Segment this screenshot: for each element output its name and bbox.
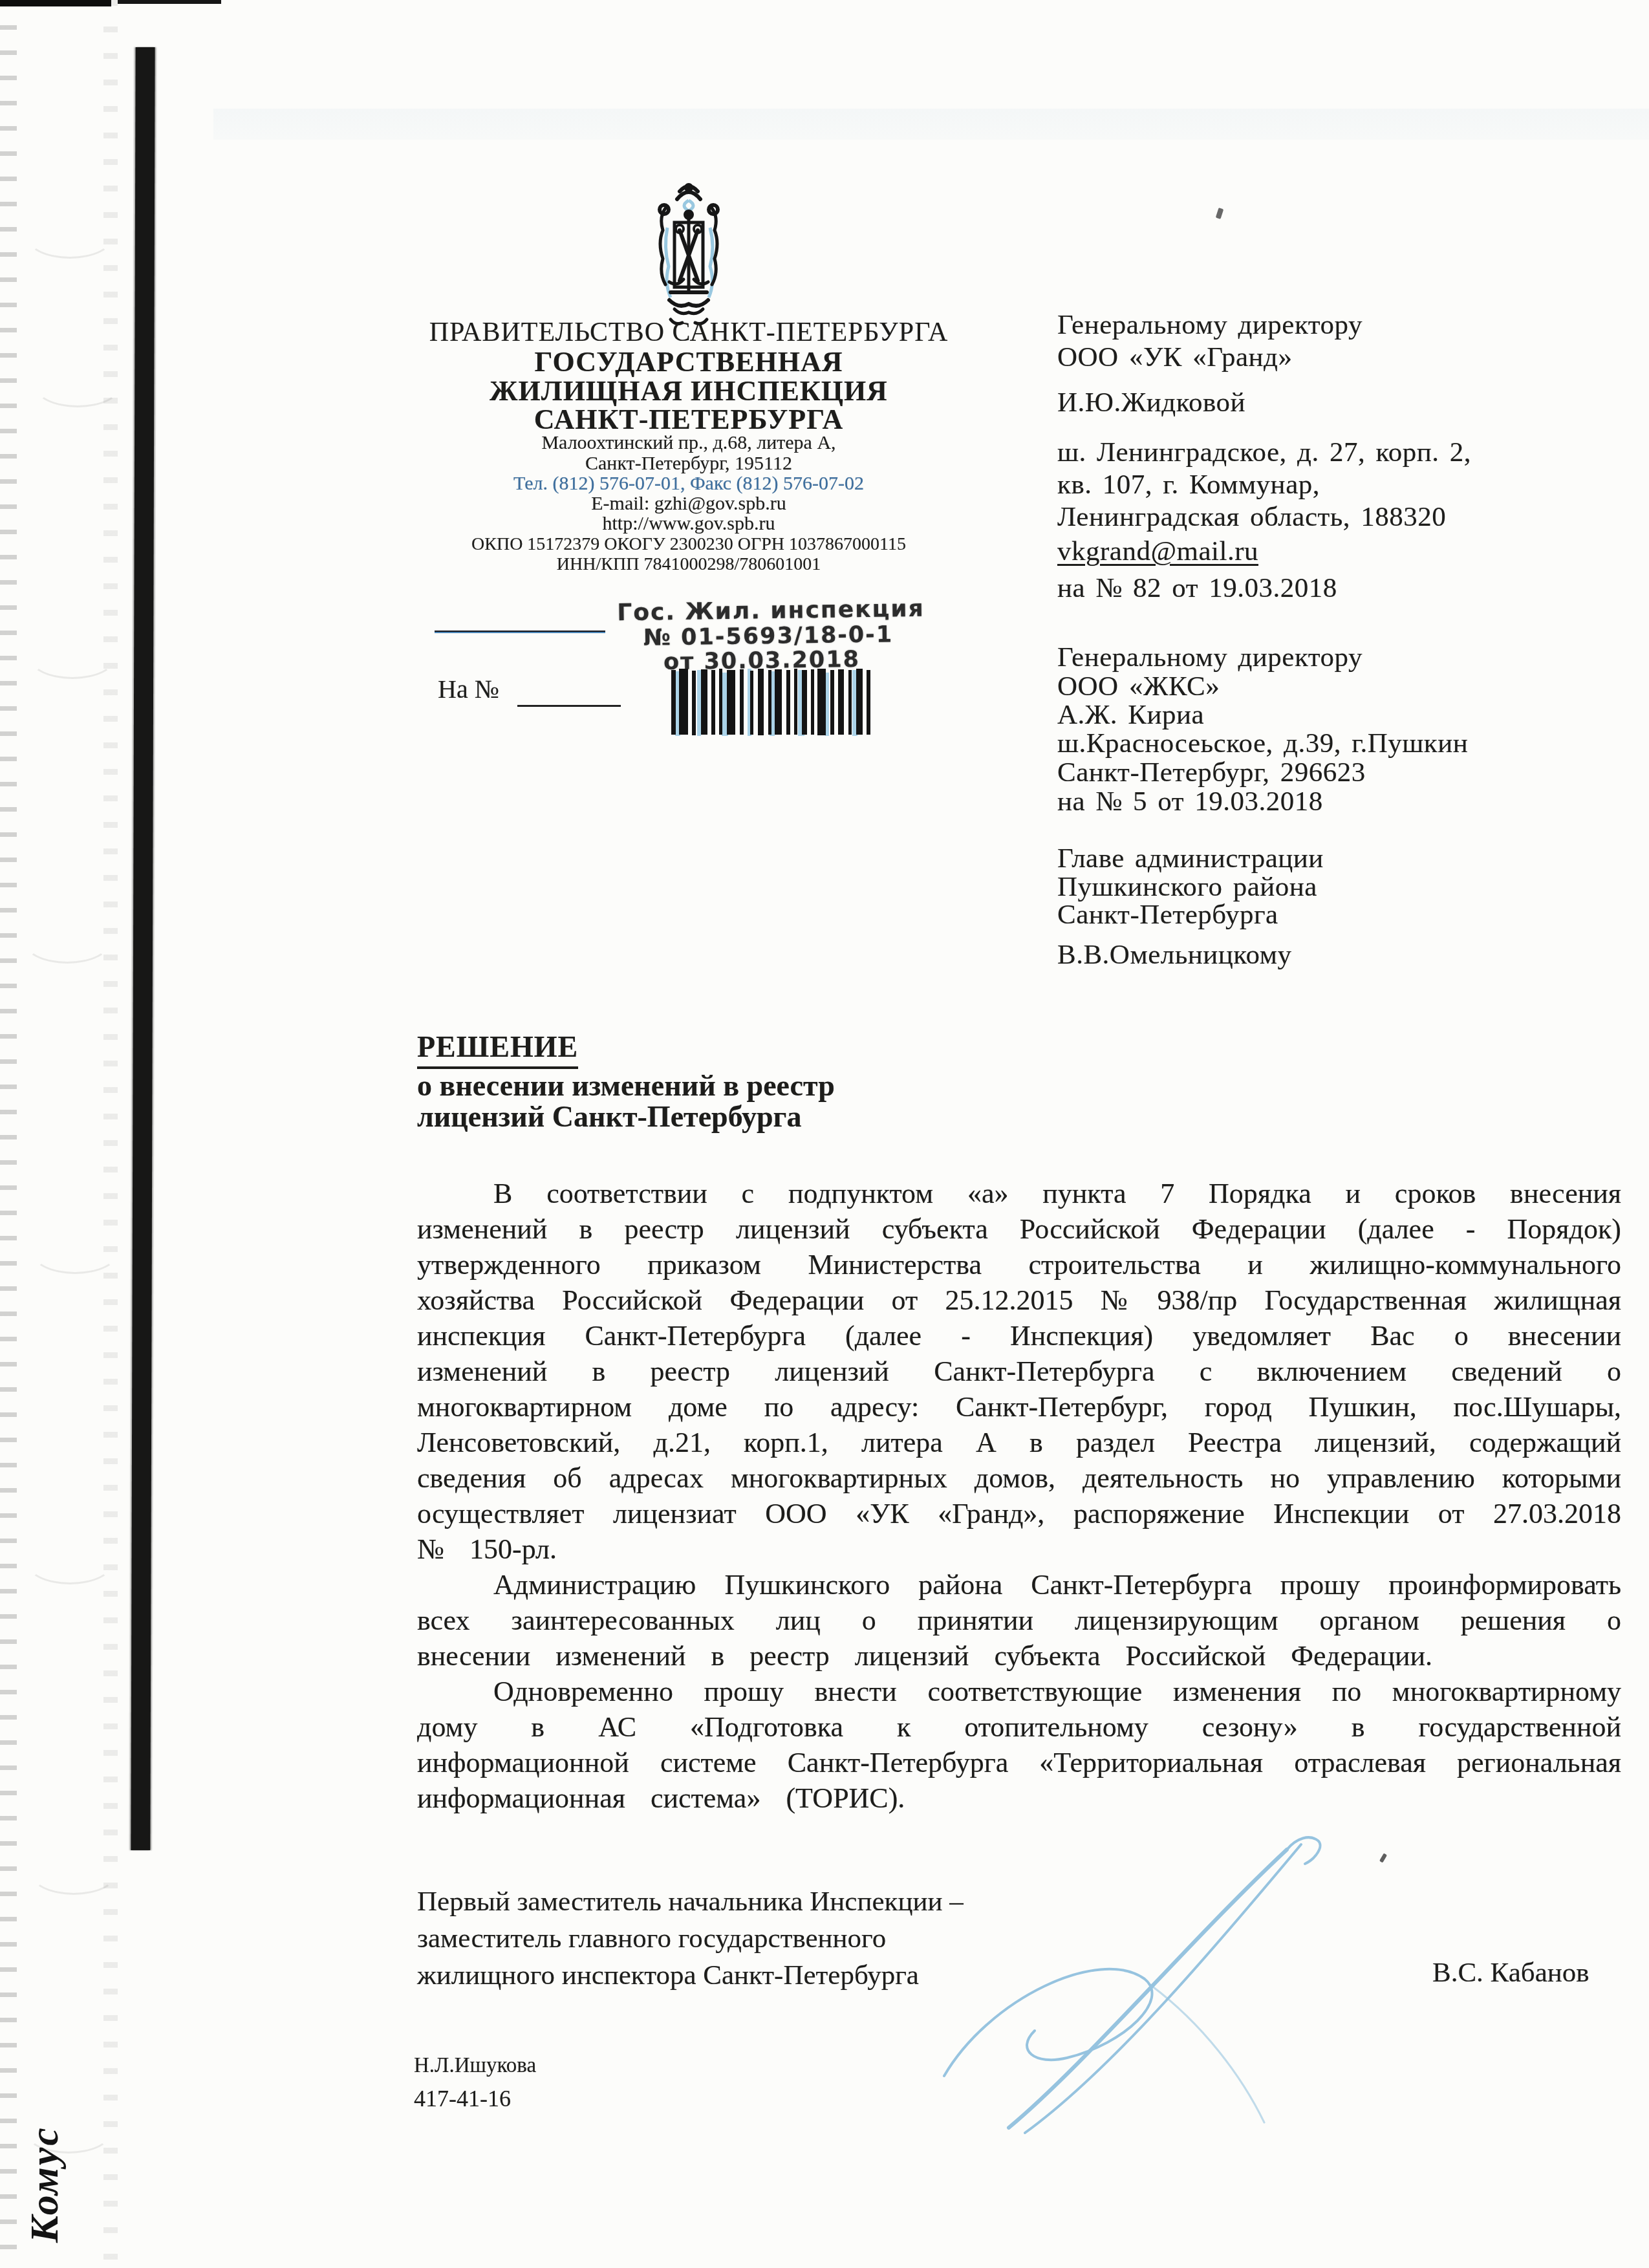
paper-crease-arc	[30, 1850, 118, 1895]
reference-blank-line	[435, 631, 605, 633]
scan-blue-band	[213, 109, 1649, 140]
letterhead-phone-line: Тел. (812) 576-07-01, Факс (812) 576-07-…	[513, 473, 864, 495]
paper-brand-watermark: Комус	[22, 2126, 68, 2243]
letterhead-address-line1: Малоохтинский пр., д.68, литера А,	[541, 432, 835, 454]
letterhead-government: ПРАВИТЕЛЬСТВО САНКТ-ПЕТЕРБУРГА	[429, 317, 949, 348]
paper-crease-arc	[26, 1539, 114, 1584]
letter-body: В соответствии с подпунктом «а» пункта 7…	[417, 1176, 1621, 1816]
scan-top-edge	[0, 0, 111, 6]
recipient3-person: В.В.Омельницкому	[1057, 939, 1291, 971]
signer-position-line2: заместитель главного государственного	[417, 1923, 886, 1954]
paper-crease-arc	[23, 918, 111, 964]
letterhead-address-line2: Санкт-Петербург, 195112	[585, 453, 792, 475]
scan-top-edge-2	[118, 0, 221, 4]
body-paragraph-3: Одновременно прошу внести соответствующи…	[417, 1674, 1621, 1816]
recipient1-address-line1: ш. Ленинградское, д. 27, корп. 2,	[1057, 437, 1471, 468]
decision-subtitle-line1: о внесении изменений в реестр	[417, 1068, 835, 1103]
spb-coat-of-arms-icon	[637, 182, 740, 338]
recipient1-person: И.Ю.Жидковой	[1057, 387, 1245, 418]
paper-crease-arc	[31, 1229, 119, 1274]
recipient1-reference: на № 82 от 19.03.2018	[1057, 572, 1337, 604]
recipient2-person: А.Ж. Кириа	[1057, 699, 1204, 731]
letterhead-email-line: E-mail: gzhi@gov.spb.ru	[591, 493, 786, 515]
letterhead-org-line3: САНКТ-ПЕТЕРБУРГА	[534, 403, 843, 436]
handwritten-signature	[841, 1830, 1449, 2134]
recipient2-reference: на № 5 от 19.03.2018	[1057, 786, 1323, 817]
recipient1-address-line2: кв. 107, г. Коммунар,	[1057, 469, 1320, 501]
recipient2-role: Генеральному директору	[1057, 642, 1363, 673]
letterhead-okpo-line: ОКПО 15172379 ОКОГУ 2300230 ОГРН 1037867…	[471, 534, 906, 555]
letterhead-inn-line: ИНН/КПП 7841000298/780601001	[557, 554, 821, 575]
recipient1-address-line3: Ленинградская область, 188320	[1057, 501, 1446, 533]
letterhead-org-line1: ГОСУДАРСТВЕННАЯ	[535, 345, 843, 378]
recipient3-role: Главе администрации	[1057, 843, 1324, 874]
left-perforation-strip	[0, 0, 17, 2268]
scan-speck	[1216, 208, 1224, 219]
executor-phone: 417-41-16	[414, 2085, 511, 2112]
recipient3-district: Пушкинского района	[1057, 871, 1317, 903]
recipient1-email: vkgrand@mail.ru	[1057, 535, 1258, 567]
recipient1-role: Генеральному директору	[1057, 309, 1363, 341]
reference-number-line	[517, 705, 621, 707]
letterhead-site-line: http://www.gov.spb.ru	[603, 513, 775, 535]
body-paragraph-1: В соответствии с подпунктом «а» пункта 7…	[417, 1176, 1621, 1567]
recipient1-company: ООО «УК «Гранд»	[1057, 341, 1292, 373]
body-paragraph-2: Администрацию Пушкинского района Санкт-П…	[417, 1567, 1621, 1674]
signer-name: В.С. Кабанов	[1432, 1957, 1590, 1989]
paper-crease-arc	[28, 634, 116, 679]
paper-crease-arc	[34, 362, 122, 407]
scanned-letter-page: ПРАВИТЕЛЬСТВО САНКТ-ПЕТЕРБУРГА ГОСУДАРСТ…	[0, 0, 1649, 2268]
executor-name: Н.Л.Ишукова	[414, 2054, 536, 2078]
registration-barcode	[671, 669, 874, 737]
recipient2-address-line2: Санкт-Петербург, 296623	[1057, 757, 1366, 788]
inner-perforation-strip	[103, 0, 118, 2268]
reference-label: На №	[438, 674, 499, 704]
decision-subtitle-line2: лицензий Санкт-Петербурга	[417, 1099, 801, 1134]
decision-title: РЕШЕНИЕ	[417, 1030, 578, 1069]
binding-shadow-bar	[131, 47, 155, 1850]
paper-crease-arc	[26, 213, 114, 259]
recipient2-company: ООО «ЖКС»	[1057, 671, 1220, 702]
recipient2-address-line1: ш.Красносеьское, д.39, г.Пушкин	[1057, 728, 1468, 759]
recipient3-city: Санкт-Петербурга	[1057, 899, 1278, 931]
